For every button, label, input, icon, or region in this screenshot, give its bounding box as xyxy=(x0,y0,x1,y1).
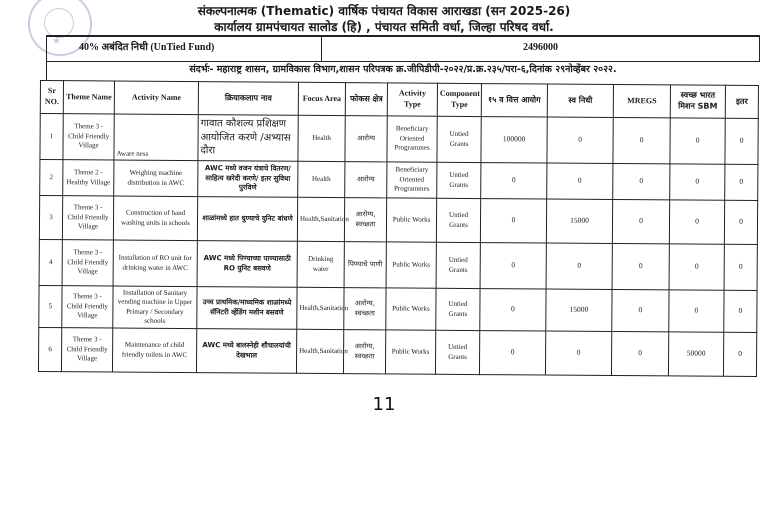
cell-own-fund: 0 xyxy=(547,117,613,163)
cell-theme: Theme 2 - Healthy Village xyxy=(63,160,114,196)
col-sr: Sr NO. xyxy=(40,81,63,114)
cell-sbm: 0 xyxy=(670,118,725,164)
cell-type: Beneficiary Oriented Programmes xyxy=(387,116,437,162)
cell-15fc: 0 xyxy=(480,289,546,331)
page-number: 11 xyxy=(0,394,768,415)
cell-sbm: 0 xyxy=(669,200,724,244)
cell-component: Untied Grants xyxy=(437,162,481,198)
cell-focus-mr: आरोग्य, स्वच्छता xyxy=(344,288,386,330)
cell-focus: Drinking water xyxy=(297,241,344,287)
cell-focus-mr: आरोग्य xyxy=(345,162,387,198)
cell-theme: Theme 3 - Child Friendly Village xyxy=(62,196,113,240)
cell-activity: Aware ness xyxy=(114,114,198,161)
cell-other: 0 xyxy=(724,244,757,290)
cell-sr: 4 xyxy=(39,239,62,285)
cell-15fc: 100000 xyxy=(481,117,547,163)
cell-focus-mr: आरोग्य, स्वच्छता xyxy=(344,198,386,242)
col-activity: Activity Name xyxy=(114,81,198,115)
cell-focus: Health xyxy=(298,161,345,197)
cell-type: Public Works xyxy=(385,330,435,374)
table-header-row: Sr NO. Theme Name Activity Name क्रियाकल… xyxy=(40,81,758,119)
table-row: 3 Theme 3 - Child Friendly Village Const… xyxy=(39,196,757,245)
cell-type: Beneficiary Oriented Programmes xyxy=(387,162,437,198)
cell-component: Untied Grants xyxy=(436,198,480,242)
cell-component: Untied Grants xyxy=(436,242,480,288)
cell-focus-mr: आरोग्य, स्वच्छता xyxy=(343,330,385,374)
cell-activity-mr: AWC मध्ये पिण्याच्या पाण्यासाठी RO युनिट… xyxy=(197,241,297,288)
cell-type: Public Works xyxy=(386,242,436,288)
cell-focus-mr: आरोग्य xyxy=(345,116,387,162)
cell-activity-mr: शाळांमध्ये हात धुण्याचे युनिट बांधणे xyxy=(197,197,297,242)
cell-sbm: 0 xyxy=(669,244,724,290)
table-row: 1 Theme 3 - Child Friendly Village Aware… xyxy=(40,114,758,165)
cell-theme: Theme 3 - Child Friendly Village xyxy=(61,328,112,372)
cell-focus: Health,Sanitation xyxy=(297,287,344,329)
cell-mregs: 0 xyxy=(611,331,668,375)
cell-15fc: 0 xyxy=(480,243,546,289)
cell-15fc: 0 xyxy=(479,331,545,375)
cell-sbm: 0 xyxy=(669,290,724,332)
cell-other: 0 xyxy=(724,200,757,244)
cell-sbm: 50000 xyxy=(668,332,723,376)
table-row: 4 Theme 3 - Child Friendly Village Insta… xyxy=(39,239,757,290)
col-component-type: Component Type xyxy=(437,83,481,116)
fund-summary: 40% अबंदित निधी (UnTied Fund) 2496000 xyxy=(46,35,760,62)
cell-own-fund: 0 xyxy=(546,243,612,289)
cell-mregs: 0 xyxy=(613,118,670,164)
cell-sr: 6 xyxy=(38,327,61,371)
fund-label: 40% अबंदित निधी (UnTied Fund) xyxy=(47,37,322,61)
cell-theme: Theme 3 - Child Friendly Village xyxy=(62,240,113,286)
cell-activity: Installation of Sanitary vending machine… xyxy=(113,286,197,329)
table-row: 6 Theme 3 - Child Friendly Village Maint… xyxy=(38,327,756,376)
cell-focus: Health xyxy=(298,115,345,161)
cell-own-fund: 15000 xyxy=(546,289,612,331)
cell-activity-mr: उच्च प्राथमिक/माध्यमिक शाळांमध्ये सॅनिटर… xyxy=(197,287,297,330)
cell-type: Public Works xyxy=(386,198,436,242)
cell-activity-mr: गावात कौशल्य प्रशिक्षण आयोजित करणे /अभ्य… xyxy=(198,115,298,162)
cell-mregs: 0 xyxy=(612,289,669,331)
cell-activity: Maintenance of child friendly toilets in… xyxy=(112,328,196,373)
col-activity-mr: क्रियाकलाप नाव xyxy=(198,82,298,116)
cell-activity: Installation of RO unit for drinking wat… xyxy=(113,240,197,287)
cell-component: Untied Grants xyxy=(435,330,479,374)
col-focus: Focus Area xyxy=(298,82,345,115)
activity-table: Sr NO. Theme Name Activity Name क्रियाकल… xyxy=(38,80,759,377)
table-row: 2 Theme 2 - Healthy Village Weighing mac… xyxy=(40,160,758,201)
cell-focus: Health,Sanitation xyxy=(296,329,343,373)
cell-mregs: 0 xyxy=(613,164,670,200)
cell-15fc: 0 xyxy=(480,199,546,243)
cell-activity-mr: AWC मध्ये वजन यंत्राचे वितरण/साहित्य खरे… xyxy=(198,161,298,198)
col-mregs: MREGS xyxy=(613,85,670,118)
col-other: इतर xyxy=(725,85,758,118)
cell-activity-mr: AWC मध्ये बालस्नेही शौचालयांची देखभाल xyxy=(196,329,296,374)
cell-mregs: 0 xyxy=(612,200,669,244)
cell-other: 0 xyxy=(725,118,758,164)
cell-type: Public Works xyxy=(386,288,436,330)
fund-value: 2496000 xyxy=(322,37,759,61)
cell-own-fund: 15000 xyxy=(546,199,612,243)
reference-line: संदर्भः- महाराष्ट्र शासन, ग्रामविकास विभ… xyxy=(46,60,759,80)
cell-15fc: 0 xyxy=(481,163,547,199)
cell-sbm: 0 xyxy=(670,164,725,200)
col-15fc: १५ व वित्त आयोग xyxy=(481,84,547,117)
cell-activity: Weighing machine distribution in AWC xyxy=(114,160,198,197)
office-title: कार्यालय ग्रामपंचायत सालोड (हि) , पंचायत… xyxy=(0,18,768,35)
cell-component: Untied Grants xyxy=(437,116,481,162)
col-focus-mr: फोकस क्षेत्र xyxy=(345,83,387,116)
cell-other: 0 xyxy=(724,290,757,332)
cell-other: 0 xyxy=(723,332,756,376)
cell-sr: 3 xyxy=(39,196,62,240)
col-sbm: स्वच्छ भारत मिशन SBM xyxy=(670,85,725,118)
cell-activity: Construction of hand washing units in sc… xyxy=(113,196,197,241)
cell-other: 0 xyxy=(725,164,758,200)
cell-theme: Theme 3 - Child Friendly Village xyxy=(62,286,113,328)
table-row: 5 Theme 3 - Child Friendly Village Insta… xyxy=(39,285,757,332)
document-title: संकल्पनात्मक (Thematic) वार्षिक पंचायत व… xyxy=(0,2,768,19)
cell-sr: 5 xyxy=(39,285,62,327)
cell-own-fund: 0 xyxy=(545,331,611,375)
cell-sr: 2 xyxy=(40,160,63,196)
cell-mregs: 0 xyxy=(612,243,669,289)
cell-focus-mr: पिण्याचे पाणी xyxy=(344,242,386,288)
col-theme: Theme Name xyxy=(63,81,114,114)
col-own-fund: स्व निधी xyxy=(547,84,613,117)
col-activity-type: Activity Type xyxy=(387,83,437,116)
cell-component: Untied Grants xyxy=(436,288,480,330)
cell-sr: 1 xyxy=(40,114,63,160)
cell-focus: Health,Sanitation xyxy=(297,197,344,241)
cell-own-fund: 0 xyxy=(547,163,613,199)
cell-theme: Theme 3 - Child Friendly Village xyxy=(63,114,114,160)
